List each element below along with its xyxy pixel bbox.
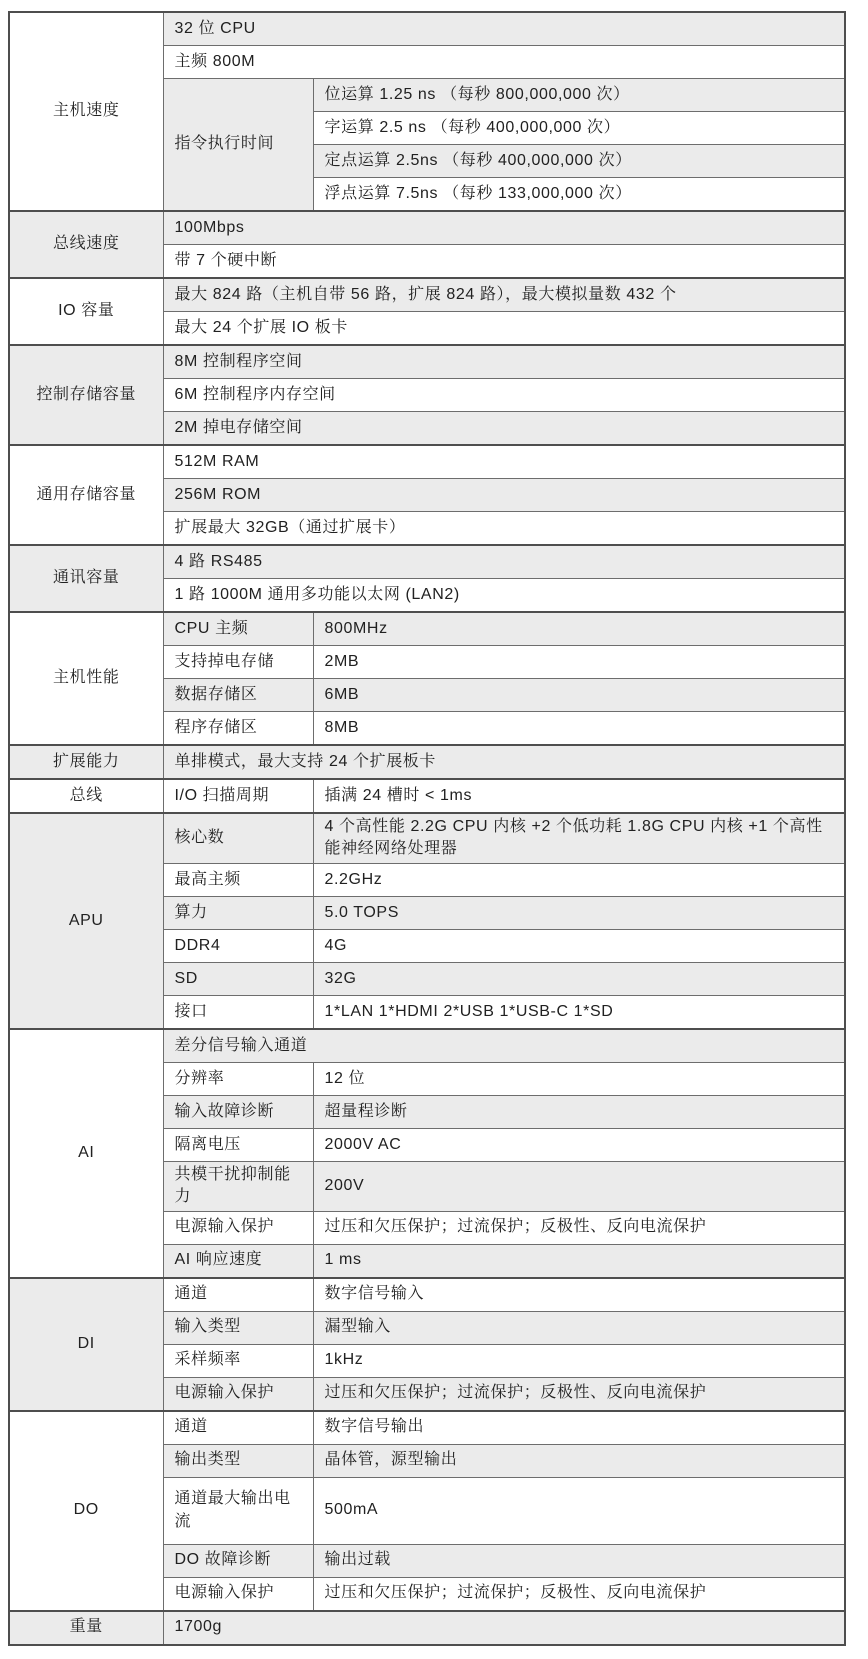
spec-value: 字运算 2.5 ns （每秒 400,000,000 次） [313,112,845,145]
category-do: DO [9,1411,163,1611]
spec-key: 支持掉电存储 [163,646,313,679]
spec-value: 500mA [313,1477,845,1544]
spec-key: 电源输入保护 [163,1577,313,1611]
spec-table: 主机速度 32 位 CPU 主频 800M 指令执行时间 位运算 1.25 ns… [8,11,846,1646]
spec-row: 总线 I/O 扫描周期 插满 24 槽时 < 1ms [9,779,845,813]
spec-key: CPU 主频 [163,612,313,646]
spec-value: 32G [313,962,845,995]
spec-key: 电源输入保护 [163,1377,313,1411]
spec-value: 8MB [313,712,845,746]
category-control-storage: 控制存储容量 [9,345,163,445]
spec-row: 重量 1700g [9,1611,845,1645]
spec-row: DI 通道 数字信号输入 [9,1278,845,1312]
category-apu: APU [9,813,163,1029]
spec-value: 超量程诊断 [313,1095,845,1128]
spec-row: DO 通道 数字信号输出 [9,1411,845,1445]
spec-key: 通道 [163,1411,313,1445]
category-bus-speed: 总线速度 [9,211,163,278]
spec-key: I/O 扫描周期 [163,779,313,813]
spec-value: 数字信号输入 [313,1278,845,1312]
spec-value: 过压和欠压保护；过流保护；反极性、反向电流保护 [313,1377,845,1411]
spec-value: 32 位 CPU [163,12,845,46]
spec-value: 4 个高性能 2.2G CPU 内核 +2 个低功耗 1.8G CPU 内核 +… [313,813,845,863]
spec-key: 采样频率 [163,1344,313,1377]
spec-key: 指令执行时间 [163,79,313,212]
spec-key: AI 响应速度 [163,1244,313,1278]
spec-value: 1700g [163,1611,845,1645]
spec-key: 通道最大输出电流 [163,1477,313,1544]
spec-value: 漏型输入 [313,1311,845,1344]
spec-value: 最大 24 个扩展 IO 板卡 [163,312,845,346]
spec-row: APU 核心数 4 个高性能 2.2G CPU 内核 +2 个低功耗 1.8G … [9,813,845,863]
spec-key: 接口 [163,995,313,1029]
spec-key: 核心数 [163,813,313,863]
spec-value: 512M RAM [163,445,845,479]
spec-row: 通用存储容量 512M RAM [9,445,845,479]
page: 主机速度 32 位 CPU 主频 800M 指令执行时间 位运算 1.25 ns… [0,0,868,1657]
spec-value: 输出过载 [313,1544,845,1577]
spec-value: 1*LAN 1*HDMI 2*USB 1*USB-C 1*SD [313,995,845,1029]
spec-value: 最大 824 路（主机自带 56 路，扩展 824 路），最大模拟量数 432 … [163,278,845,312]
spec-value: 12 位 [313,1062,845,1095]
spec-key: 输出类型 [163,1444,313,1477]
category-host-performance: 主机性能 [9,612,163,745]
spec-value: 1 ms [313,1244,845,1278]
spec-value: 4G [313,929,845,962]
spec-value: 6M 控制程序内存空间 [163,379,845,412]
spec-value: 2.2GHz [313,863,845,896]
spec-value: 过压和欠压保护；过流保护；反极性、反向电流保护 [313,1211,845,1244]
spec-value: 2MB [313,646,845,679]
spec-row: 总线速度 100Mbps [9,211,845,245]
spec-value: 200V [313,1161,845,1211]
spec-key: 算力 [163,896,313,929]
spec-row: 主机速度 32 位 CPU [9,12,845,46]
spec-key: 输入故障诊断 [163,1095,313,1128]
spec-row: 主机性能 CPU 主频 800MHz [9,612,845,646]
spec-key: 最高主频 [163,863,313,896]
category-expansion-capability: 扩展能力 [9,745,163,779]
spec-key: 数据存储区 [163,679,313,712]
spec-value: 5.0 TOPS [313,896,845,929]
spec-key: 共模干扰抑制能力 [163,1161,313,1211]
spec-value: 单排模式，最大支持 24 个扩展板卡 [163,745,845,779]
spec-value: 100Mbps [163,211,845,245]
spec-value: 1kHz [313,1344,845,1377]
spec-row: IO 容量 最大 824 路（主机自带 56 路，扩展 824 路），最大模拟量… [9,278,845,312]
spec-value: 2000V AC [313,1128,845,1161]
spec-value: 2M 掉电存储空间 [163,412,845,446]
spec-value: 1 路 1000M 通用多功能以太网 (LAN2) [163,579,845,613]
spec-value: 256M ROM [163,479,845,512]
category-ai: AI [9,1029,163,1278]
spec-value: 800MHz [313,612,845,646]
spec-key: 分辨率 [163,1062,313,1095]
category-comm-capacity: 通讯容量 [9,545,163,612]
category-host-speed: 主机速度 [9,12,163,211]
spec-value: 数字信号输出 [313,1411,845,1445]
spec-row: 通讯容量 4 路 RS485 [9,545,845,579]
category-weight: 重量 [9,1611,163,1645]
spec-value: 带 7 个硬中断 [163,245,845,279]
category-di: DI [9,1278,163,1411]
spec-key: 电源输入保护 [163,1211,313,1244]
spec-row: 扩展能力 单排模式，最大支持 24 个扩展板卡 [9,745,845,779]
spec-value: 4 路 RS485 [163,545,845,579]
spec-value: 过压和欠压保护；过流保护；反极性、反向电流保护 [313,1577,845,1611]
spec-row: AI 差分信号输入通道 [9,1029,845,1063]
spec-value: 差分信号输入通道 [163,1029,845,1063]
spec-value: 8M 控制程序空间 [163,345,845,379]
spec-row: 控制存储容量 8M 控制程序空间 [9,345,845,379]
category-general-storage: 通用存储容量 [9,445,163,545]
spec-value: 晶体管，源型输出 [313,1444,845,1477]
spec-key: 输入类型 [163,1311,313,1344]
spec-value: 主频 800M [163,46,845,79]
spec-key: 隔离电压 [163,1128,313,1161]
spec-value: 6MB [313,679,845,712]
spec-key: 程序存储区 [163,712,313,746]
spec-key: DDR4 [163,929,313,962]
spec-key: DO 故障诊断 [163,1544,313,1577]
spec-key: 通道 [163,1278,313,1312]
spec-key: SD [163,962,313,995]
category-io-capacity: IO 容量 [9,278,163,345]
spec-value: 位运算 1.25 ns （每秒 800,000,000 次） [313,79,845,112]
spec-value: 扩展最大 32GB（通过扩展卡） [163,512,845,546]
category-bus: 总线 [9,779,163,813]
spec-value: 浮点运算 7.5ns （每秒 133,000,000 次） [313,178,845,212]
spec-value: 插满 24 槽时 < 1ms [313,779,845,813]
spec-value: 定点运算 2.5ns （每秒 400,000,000 次） [313,145,845,178]
